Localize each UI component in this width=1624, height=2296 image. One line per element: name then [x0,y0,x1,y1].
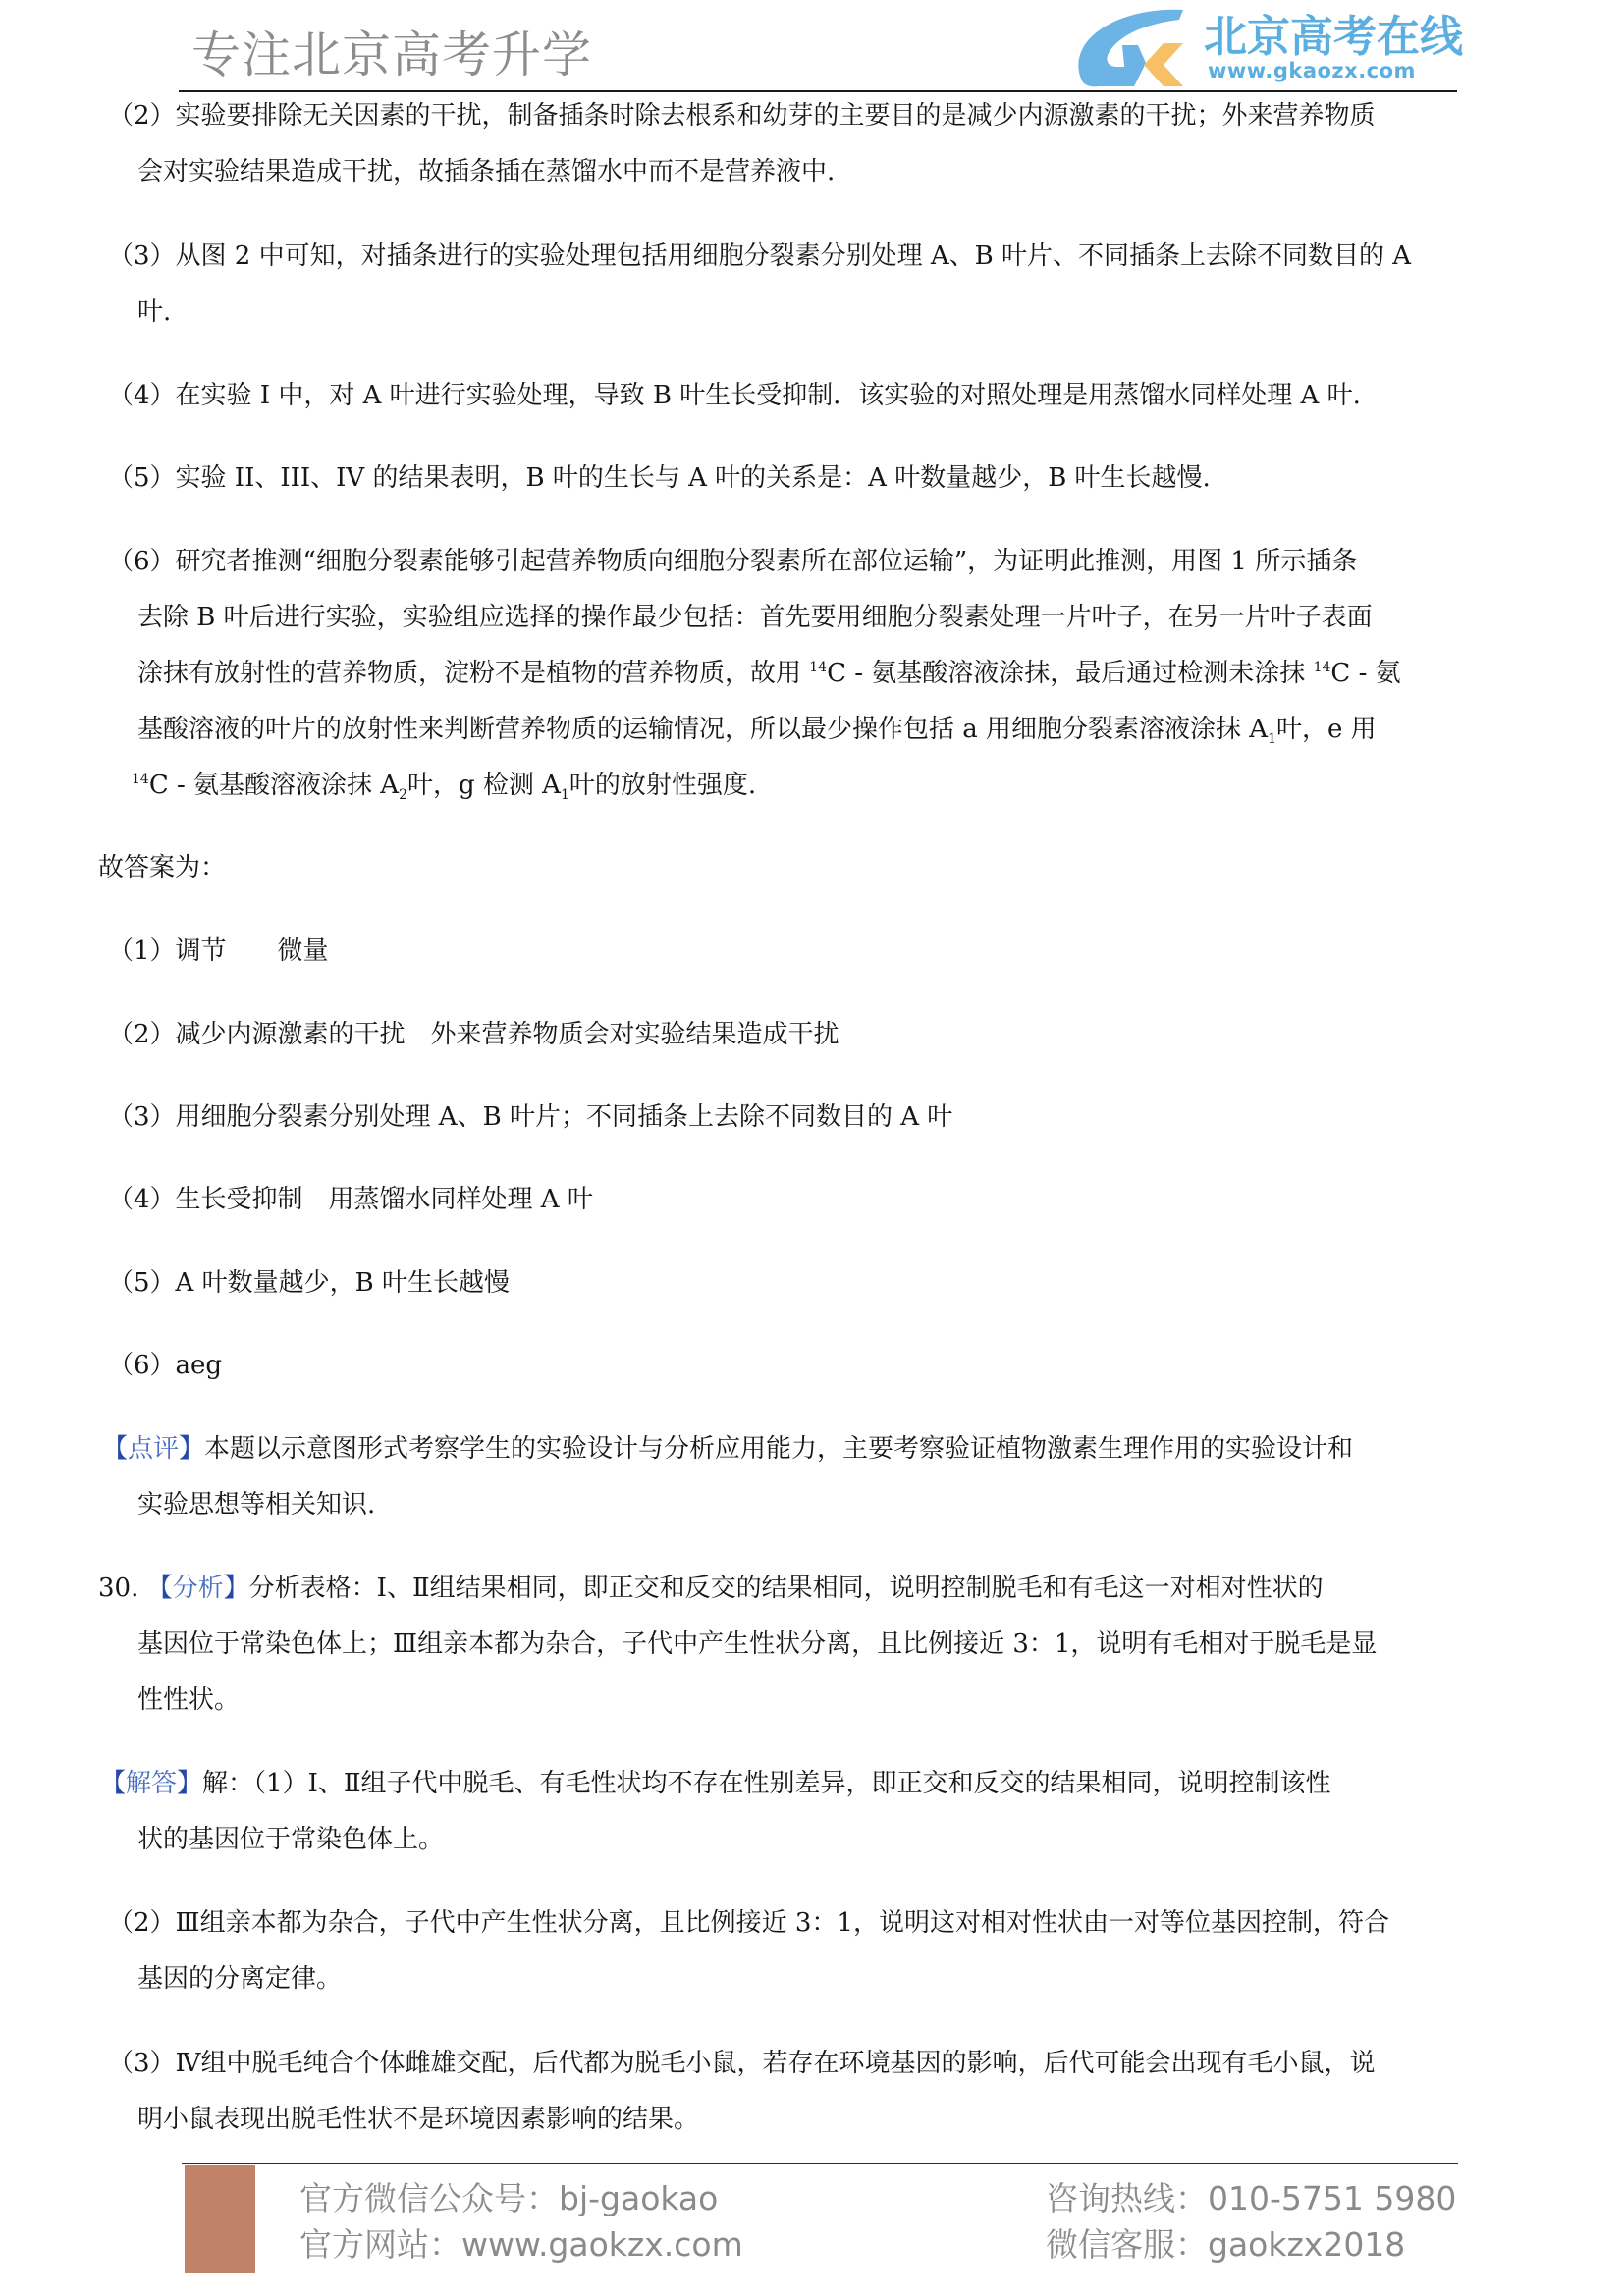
answer-item-5: （5）A 叶数量越少，B 叶生长越慢 [108,1266,510,1300]
answer-item-3: （3）用细胞分裂素分别处理 A、B 叶片；不同插条上去除不同数目的 A 叶 [108,1100,952,1134]
logo-name: 北京高考在线 [1204,14,1463,61]
comment-text: 本题以示意图形式考察学生的实验设计与分析应用能力，主要考察验证植物激素生理作用的… [204,1434,1353,1464]
text-run: 叶的放射性强度. [569,771,756,800]
header-divider [179,90,1457,92]
label-bracket: 】 [179,1434,204,1464]
q30-analysis-line1: 30. 【分析】分析表格：Ⅰ、Ⅱ组结果相同，即正交和反交的结果相同，说明控制脱毛… [98,1572,1324,1605]
text-run: 基酸溶液的叶片的放射性来判断营养物质的运输情况，所以最少操作包括 a 用细胞分裂… [137,715,1268,744]
explanation-p6-line2: 去除 B 叶后进行实验，实验组应选择的操作最少包括：首先要用细胞分裂素处理一片叶… [137,601,1373,634]
explanation-p4-line1: （4）在实验 I 中，对 A 叶进行实验处理，导致 B 叶生长受抑制．该实验的对… [108,379,1361,412]
footer-website: 官方网站：www.gaokzx.com [299,2225,743,2265]
subscript: 1 [1268,731,1276,747]
explanation-p2-line1: （2）实验要排除无关因素的干扰，制备插条时除去根系和幼芽的主要目的是减少内源激素… [108,99,1376,133]
text-run: 涂抹有放射性的营养物质，淀粉不是植物的营养物质，故用 [137,659,809,688]
explanation-p6-line4: 基酸溶液的叶片的放射性来判断营养物质的运输情况，所以最少操作包括 a 用细胞分裂… [137,713,1377,746]
text-run: 叶，g 检测 A [407,771,561,800]
explanation-p2-line2: 会对实验结果造成干扰，故插条插在蒸馏水中而不是营养液中. [137,155,835,188]
q30-solution-p2-line2: 基因的分离定律。 [137,1962,342,1996]
text-run: 叶，e 用 [1276,715,1377,744]
question-number: 30. [98,1574,138,1603]
footer-accent-bar [185,2165,255,2273]
q30-solution-p1-line2: 状的基因位于常染色体上。 [137,1823,444,1856]
answer-item-1: （1）调节 微量 [108,934,329,968]
solution-label: 【解答】 [100,1769,202,1798]
analysis-label: 【分析】 [147,1574,249,1603]
explanation-p3-line1: （3）从图 2 中可知，对插条进行的实验处理包括用细胞分裂素分别处理 A、B 叶… [108,240,1411,273]
answer-item-2: （2）减少内源激素的干扰 外来营养物质会对实验结果造成干扰 [108,1018,839,1051]
label-bracket: 【 [100,1769,126,1798]
isotope-superscript: 14 [1314,660,1331,675]
solution-text: 解：（1）Ⅰ、Ⅱ组子代中脱毛、有毛性状均不存在性别差异，即正交和反交的结果相同，… [202,1769,1331,1798]
comment-line1: 【点评】本题以示意图形式考察学生的实验设计与分析应用能力，主要考察验证植物激素生… [102,1432,1353,1466]
footer-divider [182,2163,1458,2164]
comment-label: 【点评】 [102,1434,204,1464]
header-slogan: 专注北京高考升学 [191,26,592,84]
analysis-text: 分析表格：Ⅰ、Ⅱ组结果相同，即正交和反交的结果相同，说明控制脱毛和有毛这一对相对… [249,1574,1324,1603]
explanation-p6-line3: 涂抹有放射性的营养物质，淀粉不是植物的营养物质，故用 14C - 氨基酸溶液涂抹… [137,657,1401,690]
explanation-p3-line2: 叶. [137,295,171,329]
label-bracket: 】 [177,1769,202,1798]
isotope-superscript: 14 [809,660,827,675]
answer-item-4: （4）生长受抑制 用蒸馏水同样处理 A 叶 [108,1183,593,1216]
answers-intro: 故答案为： [98,851,226,884]
explanation-p6-line5: 14C - 氨基酸溶液涂抹 A2叶，g 检测 A1叶的放射性强度. [132,769,756,802]
footer-wechat-official: 官方微信公众号：bj-gaokao [299,2179,718,2218]
answer-item-6: （6）aeg [108,1349,222,1382]
text-run: C - 氨基酸溶液涂抹，最后通过检测未涂抹 [827,659,1313,688]
q30-solution-p2-line1: （2）Ⅲ组亲本都为杂合，子代中产生性状分离，且比例接近 3：1，说明这对相对性状… [108,1906,1389,1940]
comment-line2: 实验思想等相关知识. [137,1488,375,1522]
q30-solution-p3-line2: 明小鼠表现出脱毛性状不是环境因素影响的结果。 [137,2103,699,2136]
q30-solution-p3-line1: （3）Ⅳ组中脱毛纯合个体雌雄交配，后代都为脱毛小鼠，若存在环境基因的影响，后代可… [108,2047,1376,2080]
explanation-p5-line1: （5）实验 II、III、IV 的结果表明，B 叶的生长与 A 叶的关系是：A … [108,461,1211,495]
q30-analysis-line3: 性性状。 [137,1683,240,1717]
text-run: C - 氨 [1330,659,1400,688]
label-text: 解答 [126,1769,177,1798]
label-bracket: 【 [102,1434,128,1464]
isotope-superscript: 14 [132,772,149,787]
label-text: 分析 [173,1574,224,1603]
explanation-p6-line1: （6）研究者推测“细胞分裂素能够引起营养物质向细胞分裂素所在部位运输”，为证明此… [108,545,1357,578]
q30-analysis-line2: 基因位于常染色体上；Ⅲ组亲本都为杂合，子代中产生性状分离，且比例接近 3：1，说… [137,1628,1377,1661]
footer-hotline: 咨询热线：010-5751 5980 [1046,2179,1456,2218]
label-bracket: 【 [147,1574,173,1603]
footer-wechat-service: 微信客服：gaokzx2018 [1046,2225,1405,2265]
subscript: 1 [561,787,569,803]
q30-solution-line1: 【解答】解：（1）Ⅰ、Ⅱ组子代中脱毛、有毛性状均不存在性别差异，即正交和反交的结… [100,1767,1331,1800]
gkaozx-logo-icon [1073,8,1191,88]
text-run: C - 氨基酸溶液涂抹 A [149,771,399,800]
subscript: 2 [399,787,407,803]
label-bracket: 】 [224,1574,249,1603]
logo-url: www.gkaozx.com [1208,59,1416,82]
label-text: 点评 [128,1434,179,1464]
